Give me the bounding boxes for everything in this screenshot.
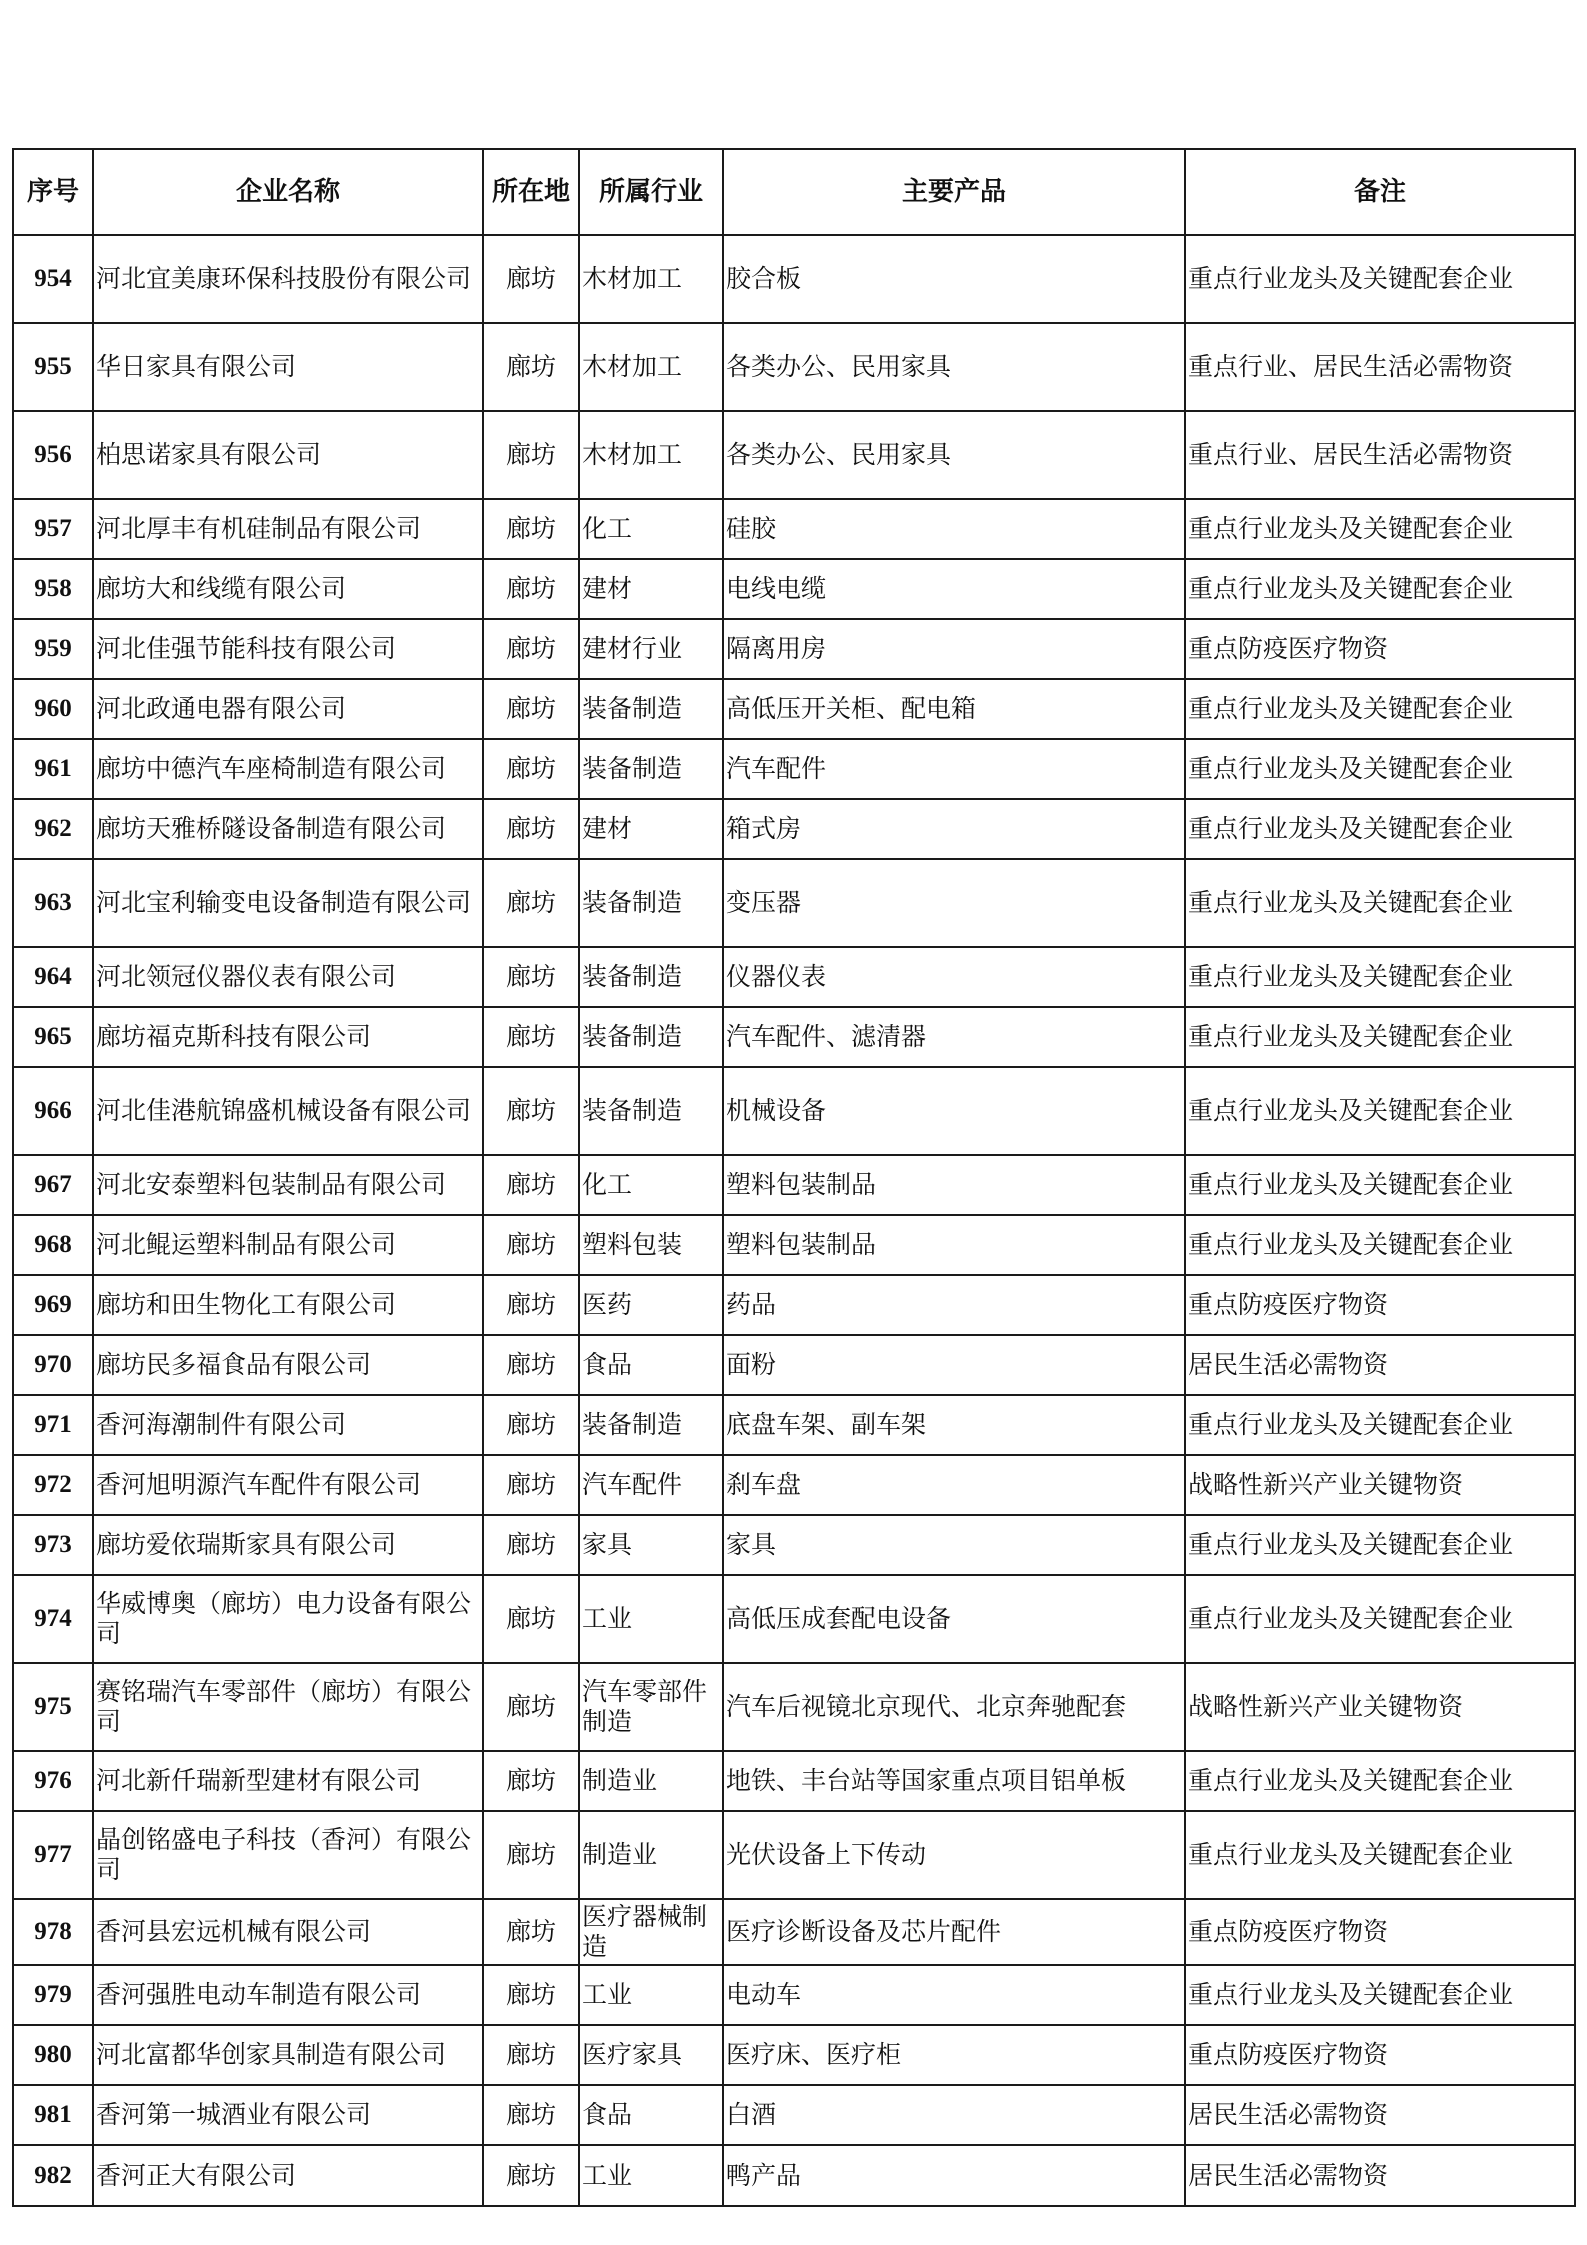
cell-name: 河北宜美康环保科技股份有限公司	[93, 235, 483, 323]
cell-name: 廊坊中德汽车座椅制造有限公司	[93, 739, 483, 799]
cell-product: 刹车盘	[723, 1455, 1185, 1515]
cell-seq: 980	[13, 2025, 93, 2085]
cell-location: 廊坊	[483, 1155, 579, 1215]
table-row: 954河北宜美康环保科技股份有限公司廊坊木材加工胶合板重点行业龙头及关键配套企业	[13, 235, 1575, 323]
cell-name: 河北新仟瑞新型建材有限公司	[93, 1751, 483, 1811]
cell-industry: 汽车零部件制造	[579, 1663, 723, 1751]
cell-note: 重点行业龙头及关键配套企业	[1185, 1811, 1575, 1899]
cell-product: 电动车	[723, 1965, 1185, 2025]
table-row: 976河北新仟瑞新型建材有限公司廊坊制造业地铁、丰台站等国家重点项目铝单板重点行…	[13, 1751, 1575, 1811]
cell-name: 廊坊民多福食品有限公司	[93, 1335, 483, 1395]
table-row: 978香河县宏远机械有限公司廊坊医疗器械制造医疗诊断设备及芯片配件重点防疫医疗物…	[13, 1899, 1575, 1965]
cell-note: 重点行业、居民生活必需物资	[1185, 323, 1575, 411]
cell-industry: 医疗家具	[579, 2025, 723, 2085]
header-product: 主要产品	[723, 149, 1185, 235]
table-row: 963河北宝利输变电设备制造有限公司廊坊装备制造变压器重点行业龙头及关键配套企业	[13, 859, 1575, 947]
cell-industry: 装备制造	[579, 859, 723, 947]
table-row: 982香河正大有限公司廊坊工业鸭产品居民生活必需物资	[13, 2145, 1575, 2206]
table-row: 970廊坊民多福食品有限公司廊坊食品面粉居民生活必需物资	[13, 1335, 1575, 1395]
cell-name: 赛铭瑞汽车零部件（廊坊）有限公司	[93, 1663, 483, 1751]
table-row: 957河北厚丰有机硅制品有限公司廊坊化工硅胶重点行业龙头及关键配套企业	[13, 499, 1575, 559]
header-name: 企业名称	[93, 149, 483, 235]
cell-seq: 959	[13, 619, 93, 679]
cell-note: 重点防疫医疗物资	[1185, 1275, 1575, 1335]
cell-industry: 汽车配件	[579, 1455, 723, 1515]
cell-location: 廊坊	[483, 1575, 579, 1663]
cell-location: 廊坊	[483, 2025, 579, 2085]
table-row: 979香河强胜电动车制造有限公司廊坊工业电动车重点行业龙头及关键配套企业	[13, 1965, 1575, 2025]
cell-industry: 装备制造	[579, 1395, 723, 1455]
cell-seq: 967	[13, 1155, 93, 1215]
cell-seq: 960	[13, 679, 93, 739]
cell-product: 药品	[723, 1275, 1185, 1335]
cell-product: 隔离用房	[723, 619, 1185, 679]
cell-industry: 医药	[579, 1275, 723, 1335]
cell-industry: 化工	[579, 499, 723, 559]
cell-location: 廊坊	[483, 859, 579, 947]
cell-note: 战略性新兴产业关键物资	[1185, 1455, 1575, 1515]
cell-product: 变压器	[723, 859, 1185, 947]
cell-location: 廊坊	[483, 559, 579, 619]
cell-product: 地铁、丰台站等国家重点项目铝单板	[723, 1751, 1185, 1811]
cell-note: 重点行业龙头及关键配套企业	[1185, 947, 1575, 1007]
cell-location: 廊坊	[483, 1275, 579, 1335]
cell-location: 廊坊	[483, 1455, 579, 1515]
cell-note: 重点行业龙头及关键配套企业	[1185, 1575, 1575, 1663]
table-row: 973廊坊爱依瑞斯家具有限公司廊坊家具家具重点行业龙头及关键配套企业	[13, 1515, 1575, 1575]
cell-location: 廊坊	[483, 1663, 579, 1751]
table-row: 967河北安泰塑料包装制品有限公司廊坊化工塑料包装制品重点行业龙头及关键配套企业	[13, 1155, 1575, 1215]
cell-note: 居民生活必需物资	[1185, 1335, 1575, 1395]
table-row: 971香河海潮制件有限公司廊坊装备制造底盘车架、副车架重点行业龙头及关键配套企业	[13, 1395, 1575, 1455]
cell-seq: 970	[13, 1335, 93, 1395]
cell-product: 仪器仪表	[723, 947, 1185, 1007]
cell-seq: 962	[13, 799, 93, 859]
cell-product: 汽车后视镜北京现代、北京奔驰配套	[723, 1663, 1185, 1751]
cell-note: 重点防疫医疗物资	[1185, 2025, 1575, 2085]
table-row: 962廊坊天雅桥隧设备制造有限公司廊坊建材箱式房重点行业龙头及关键配套企业	[13, 799, 1575, 859]
cell-name: 香河强胜电动车制造有限公司	[93, 1965, 483, 2025]
cell-note: 重点行业龙头及关键配套企业	[1185, 1007, 1575, 1067]
cell-seq: 956	[13, 411, 93, 499]
cell-note: 重点行业龙头及关键配套企业	[1185, 859, 1575, 947]
cell-seq: 973	[13, 1515, 93, 1575]
cell-product: 家具	[723, 1515, 1185, 1575]
cell-seq: 961	[13, 739, 93, 799]
cell-location: 廊坊	[483, 1395, 579, 1455]
cell-product: 各类办公、民用家具	[723, 411, 1185, 499]
cell-note: 重点行业龙头及关键配套企业	[1185, 739, 1575, 799]
cell-name: 廊坊大和线缆有限公司	[93, 559, 483, 619]
cell-industry: 家具	[579, 1515, 723, 1575]
cell-industry: 工业	[579, 2145, 723, 2206]
cell-note: 重点行业龙头及关键配套企业	[1185, 1067, 1575, 1155]
cell-product: 机械设备	[723, 1067, 1185, 1155]
cell-name: 廊坊福克斯科技有限公司	[93, 1007, 483, 1067]
cell-industry: 建材行业	[579, 619, 723, 679]
cell-product: 塑料包装制品	[723, 1215, 1185, 1275]
cell-name: 河北领冠仪器仪表有限公司	[93, 947, 483, 1007]
cell-seq: 958	[13, 559, 93, 619]
table-row: 958廊坊大和线缆有限公司廊坊建材电线电缆重点行业龙头及关键配套企业	[13, 559, 1575, 619]
table-row: 966河北佳港航锦盛机械设备有限公司廊坊装备制造机械设备重点行业龙头及关键配套企…	[13, 1067, 1575, 1155]
cell-industry: 装备制造	[579, 1007, 723, 1067]
cell-note: 居民生活必需物资	[1185, 2145, 1575, 2206]
table-row: 981香河第一城酒业有限公司廊坊食品白酒居民生活必需物资	[13, 2085, 1575, 2145]
cell-note: 重点行业龙头及关键配套企业	[1185, 1515, 1575, 1575]
cell-product: 鸭产品	[723, 2145, 1185, 2206]
cell-location: 廊坊	[483, 499, 579, 559]
cell-industry: 装备制造	[579, 739, 723, 799]
cell-location: 廊坊	[483, 235, 579, 323]
cell-industry: 装备制造	[579, 947, 723, 1007]
cell-location: 廊坊	[483, 1067, 579, 1155]
cell-product: 塑料包装制品	[723, 1155, 1185, 1215]
cell-location: 廊坊	[483, 679, 579, 739]
cell-name: 华威博奥（廊坊）电力设备有限公司	[93, 1575, 483, 1663]
cell-industry: 工业	[579, 1575, 723, 1663]
cell-industry: 建材	[579, 559, 723, 619]
cell-name: 晶创铭盛电子科技（香河）有限公司	[93, 1811, 483, 1899]
cell-name: 河北鲲运塑料制品有限公司	[93, 1215, 483, 1275]
cell-location: 廊坊	[483, 1215, 579, 1275]
cell-industry: 装备制造	[579, 679, 723, 739]
cell-seq: 974	[13, 1575, 93, 1663]
cell-seq: 976	[13, 1751, 93, 1811]
cell-industry: 食品	[579, 2085, 723, 2145]
cell-seq: 964	[13, 947, 93, 1007]
cell-location: 廊坊	[483, 1515, 579, 1575]
cell-industry: 塑料包装	[579, 1215, 723, 1275]
cell-name: 河北佳强节能科技有限公司	[93, 619, 483, 679]
cell-location: 廊坊	[483, 323, 579, 411]
cell-location: 廊坊	[483, 799, 579, 859]
table-row: 961廊坊中德汽车座椅制造有限公司廊坊装备制造汽车配件重点行业龙头及关键配套企业	[13, 739, 1575, 799]
cell-product: 医疗诊断设备及芯片配件	[723, 1899, 1185, 1965]
cell-product: 箱式房	[723, 799, 1185, 859]
table-row: 959河北佳强节能科技有限公司廊坊建材行业隔离用房重点防疫医疗物资	[13, 619, 1575, 679]
cell-note: 重点行业龙头及关键配套企业	[1185, 1395, 1575, 1455]
cell-note: 重点行业龙头及关键配套企业	[1185, 1751, 1575, 1811]
cell-location: 廊坊	[483, 1335, 579, 1395]
cell-product: 高低压开关柜、配电箱	[723, 679, 1185, 739]
cell-product: 汽车配件	[723, 739, 1185, 799]
cell-product: 硅胶	[723, 499, 1185, 559]
cell-location: 廊坊	[483, 1007, 579, 1067]
cell-industry: 制造业	[579, 1811, 723, 1899]
cell-product: 高低压成套配电设备	[723, 1575, 1185, 1663]
cell-name: 香河海潮制件有限公司	[93, 1395, 483, 1455]
cell-location: 廊坊	[483, 2085, 579, 2145]
cell-seq: 954	[13, 235, 93, 323]
cell-location: 廊坊	[483, 619, 579, 679]
cell-note: 重点行业龙头及关键配套企业	[1185, 1965, 1575, 2025]
cell-location: 廊坊	[483, 411, 579, 499]
cell-name: 廊坊天雅桥隧设备制造有限公司	[93, 799, 483, 859]
cell-industry: 木材加工	[579, 235, 723, 323]
table-row: 964河北领冠仪器仪表有限公司廊坊装备制造仪器仪表重点行业龙头及关键配套企业	[13, 947, 1575, 1007]
cell-note: 重点防疫医疗物资	[1185, 619, 1575, 679]
cell-note: 重点行业、居民生活必需物资	[1185, 411, 1575, 499]
table-row: 965廊坊福克斯科技有限公司廊坊装备制造汽车配件、滤清器重点行业龙头及关键配套企…	[13, 1007, 1575, 1067]
cell-industry: 木材加工	[579, 323, 723, 411]
cell-seq: 963	[13, 859, 93, 947]
header-industry: 所属行业	[579, 149, 723, 235]
cell-note: 重点防疫医疗物资	[1185, 1899, 1575, 1965]
cell-location: 廊坊	[483, 1899, 579, 1965]
header-seq: 序号	[13, 149, 93, 235]
cell-seq: 971	[13, 1395, 93, 1455]
cell-name: 廊坊爱依瑞斯家具有限公司	[93, 1515, 483, 1575]
cell-seq: 978	[13, 1899, 93, 1965]
cell-product: 电线电缆	[723, 559, 1185, 619]
cell-note: 重点行业龙头及关键配套企业	[1185, 235, 1575, 323]
table-row: 956柏思诺家具有限公司廊坊木材加工各类办公、民用家具重点行业、居民生活必需物资	[13, 411, 1575, 499]
cell-seq: 975	[13, 1663, 93, 1751]
cell-location: 廊坊	[483, 739, 579, 799]
cell-product: 面粉	[723, 1335, 1185, 1395]
cell-seq: 972	[13, 1455, 93, 1515]
cell-location: 廊坊	[483, 1751, 579, 1811]
table-row: 960河北政通电器有限公司廊坊装备制造高低压开关柜、配电箱重点行业龙头及关键配套…	[13, 679, 1575, 739]
cell-industry: 食品	[579, 1335, 723, 1395]
cell-industry: 装备制造	[579, 1067, 723, 1155]
cell-seq: 977	[13, 1811, 93, 1899]
cell-location: 廊坊	[483, 1965, 579, 2025]
table-row: 977晶创铭盛电子科技（香河）有限公司廊坊制造业光伏设备上下传动重点行业龙头及关…	[13, 1811, 1575, 1899]
cell-name: 河北富都华创家具制造有限公司	[93, 2025, 483, 2085]
table-row: 969廊坊和田生物化工有限公司廊坊医药药品重点防疫医疗物资	[13, 1275, 1575, 1335]
table-row: 972香河旭明源汽车配件有限公司廊坊汽车配件刹车盘战略性新兴产业关键物资	[13, 1455, 1575, 1515]
cell-note: 重点行业龙头及关键配套企业	[1185, 559, 1575, 619]
cell-product: 底盘车架、副车架	[723, 1395, 1185, 1455]
cell-industry: 化工	[579, 1155, 723, 1215]
table-header-row: 序号 企业名称 所在地 所属行业 主要产品 备注	[13, 149, 1575, 235]
cell-industry: 医疗器械制造	[579, 1899, 723, 1965]
cell-product: 汽车配件、滤清器	[723, 1007, 1185, 1067]
cell-seq: 969	[13, 1275, 93, 1335]
enterprise-table: 序号 企业名称 所在地 所属行业 主要产品 备注 954河北宜美康环保科技股份有…	[12, 148, 1576, 2207]
cell-seq: 982	[13, 2145, 93, 2206]
cell-industry: 制造业	[579, 1751, 723, 1811]
cell-seq: 965	[13, 1007, 93, 1067]
cell-note: 战略性新兴产业关键物资	[1185, 1663, 1575, 1751]
table-body: 954河北宜美康环保科技股份有限公司廊坊木材加工胶合板重点行业龙头及关键配套企业…	[13, 235, 1575, 2206]
cell-name: 香河第一城酒业有限公司	[93, 2085, 483, 2145]
header-note: 备注	[1185, 149, 1575, 235]
table-row: 980河北富都华创家具制造有限公司廊坊医疗家具医疗床、医疗柜重点防疫医疗物资	[13, 2025, 1575, 2085]
cell-product: 光伏设备上下传动	[723, 1811, 1185, 1899]
cell-seq: 981	[13, 2085, 93, 2145]
header-location: 所在地	[483, 149, 579, 235]
cell-product: 各类办公、民用家具	[723, 323, 1185, 411]
table-row: 975赛铭瑞汽车零部件（廊坊）有限公司廊坊汽车零部件制造汽车后视镜北京现代、北京…	[13, 1663, 1575, 1751]
cell-name: 廊坊和田生物化工有限公司	[93, 1275, 483, 1335]
cell-name: 河北佳港航锦盛机械设备有限公司	[93, 1067, 483, 1155]
table-row: 968河北鲲运塑料制品有限公司廊坊塑料包装塑料包装制品重点行业龙头及关键配套企业	[13, 1215, 1575, 1275]
cell-name: 河北宝利输变电设备制造有限公司	[93, 859, 483, 947]
cell-note: 重点行业龙头及关键配套企业	[1185, 499, 1575, 559]
cell-product: 胶合板	[723, 235, 1185, 323]
cell-name: 华日家具有限公司	[93, 323, 483, 411]
cell-seq: 957	[13, 499, 93, 559]
cell-product: 白酒	[723, 2085, 1185, 2145]
cell-note: 重点行业龙头及关键配套企业	[1185, 679, 1575, 739]
cell-note: 居民生活必需物资	[1185, 2085, 1575, 2145]
cell-product: 医疗床、医疗柜	[723, 2025, 1185, 2085]
cell-name: 香河旭明源汽车配件有限公司	[93, 1455, 483, 1515]
cell-seq: 966	[13, 1067, 93, 1155]
cell-name: 香河县宏远机械有限公司	[93, 1899, 483, 1965]
cell-location: 廊坊	[483, 1811, 579, 1899]
cell-industry: 建材	[579, 799, 723, 859]
cell-note: 重点行业龙头及关键配套企业	[1185, 1155, 1575, 1215]
cell-name: 柏思诺家具有限公司	[93, 411, 483, 499]
table-row: 974华威博奥（廊坊）电力设备有限公司廊坊工业高低压成套配电设备重点行业龙头及关…	[13, 1575, 1575, 1663]
cell-seq: 968	[13, 1215, 93, 1275]
cell-name: 河北安泰塑料包装制品有限公司	[93, 1155, 483, 1215]
cell-industry: 木材加工	[579, 411, 723, 499]
cell-name: 香河正大有限公司	[93, 2145, 483, 2206]
cell-note: 重点行业龙头及关键配套企业	[1185, 799, 1575, 859]
cell-seq: 979	[13, 1965, 93, 2025]
cell-location: 廊坊	[483, 2145, 579, 2206]
cell-name: 河北厚丰有机硅制品有限公司	[93, 499, 483, 559]
cell-industry: 工业	[579, 1965, 723, 2025]
cell-name: 河北政通电器有限公司	[93, 679, 483, 739]
cell-note: 重点行业龙头及关键配套企业	[1185, 1215, 1575, 1275]
table-row: 955华日家具有限公司廊坊木材加工各类办公、民用家具重点行业、居民生活必需物资	[13, 323, 1575, 411]
cell-seq: 955	[13, 323, 93, 411]
cell-location: 廊坊	[483, 947, 579, 1007]
